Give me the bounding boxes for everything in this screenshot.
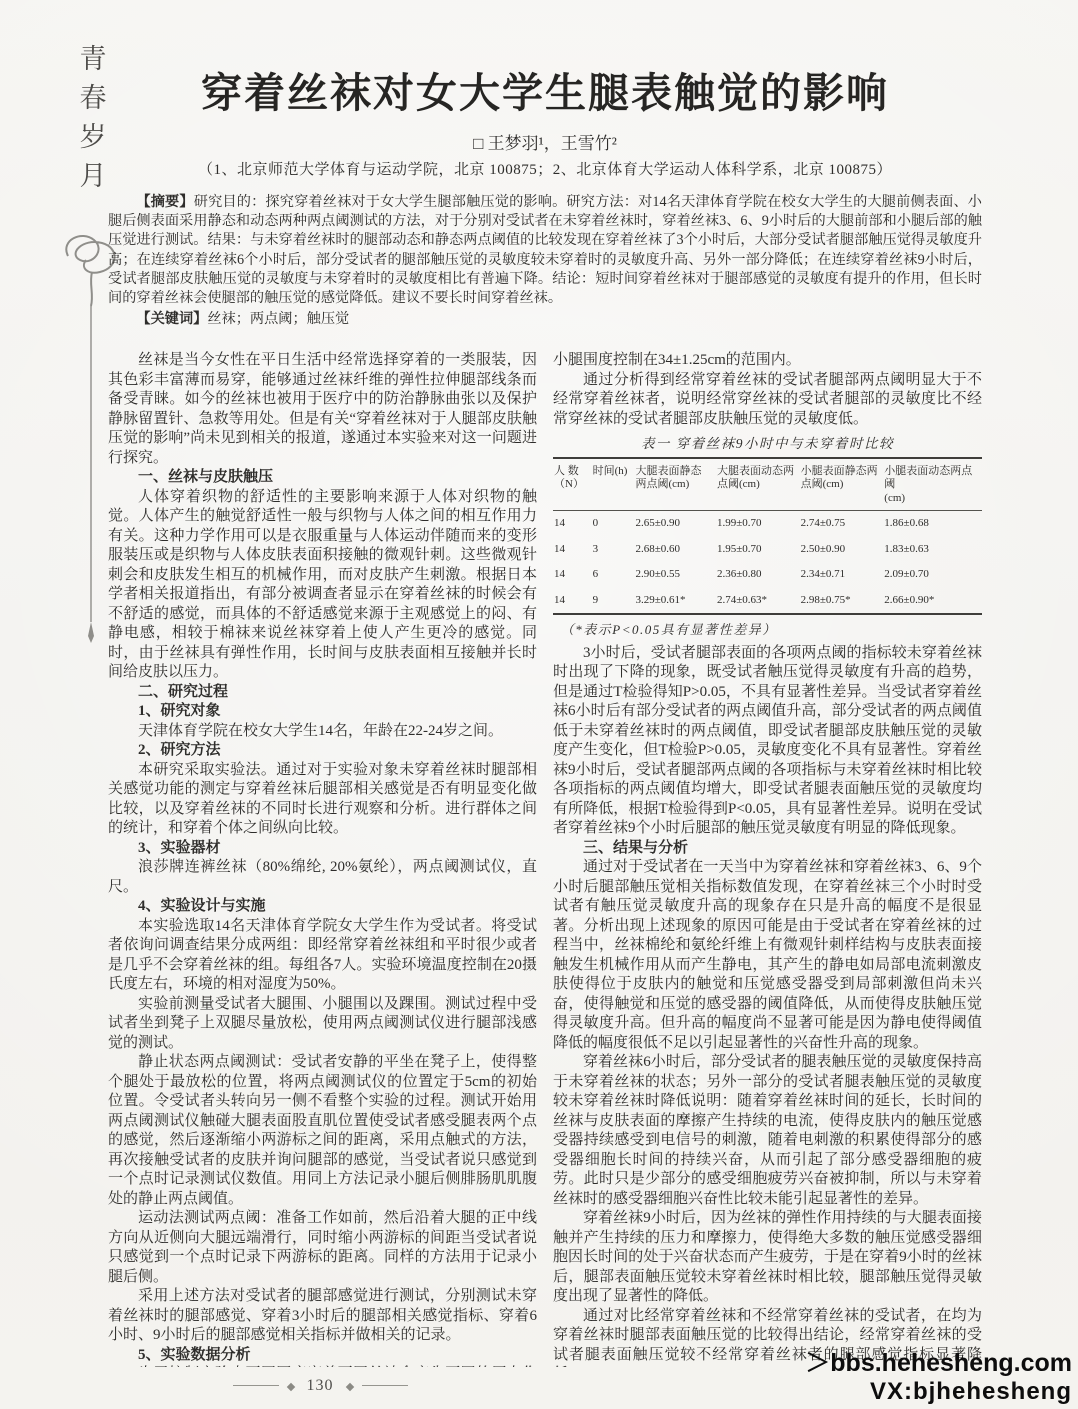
paragraph: 3小时后，受试者腿部表面的各项两点阈的指标较未穿着丝袜时出现了下降的现象，既受试… (553, 644, 982, 839)
article: 穿着丝袜对女大学生腿表触觉的影响 □ 王梦羽¹，王雪竹² （1、北京师范大学体育… (108, 44, 982, 1367)
footer-right-diamond-icon (345, 1383, 353, 1391)
paragraph: 通过分析得到经常穿着丝袜的受试者腿部两点阈明显大于不经常穿着丝袜者，说明经常穿丝… (553, 371, 982, 430)
table-cell: 6 (592, 562, 635, 588)
keywords-text: 丝袜；两点阈；触压觉 (207, 311, 349, 327)
table-cell: 2.50±0.90 (800, 537, 884, 563)
table-header-cell: 小腿表面动态两点阈(cm) (883, 458, 982, 511)
table-cell: 2.34±0.71 (800, 562, 884, 588)
keywords-line: 【关键词】丝袜；两点阈；触压觉 (108, 310, 982, 329)
table-cell: 2.65±0.90 (635, 511, 717, 537)
watermark-url: ＞bbs.hehesheng.com (805, 1348, 1072, 1378)
table-header-row: 人 数（N）时间(h)大腿表面静态两点阈(cm)大腿表面动态两点阈(cm)小腿表… (553, 458, 982, 511)
table-header-cell: 大腿表面静态两点阈(cm) (635, 458, 717, 511)
left-column: 丝袜是当今女性在平日生活中经常选择穿着的一类服装，因其色彩丰富薄而易穿，能够通过… (108, 351, 537, 1367)
table-cell: 2.74±0.75 (800, 511, 884, 537)
table-note: （*表示P<0.05具有显著性差异） (553, 620, 982, 640)
section-heading: 三、结果与分析 (553, 839, 982, 859)
page-number: 130 (307, 1377, 334, 1395)
paragraph: 穿着丝袜9小时后，因为丝袜的弹性作用持续的与大腿表面接触并产生持续的压力和摩擦力… (553, 1209, 982, 1307)
table-cell: 3.29±0.61* (635, 588, 717, 615)
table-cell: 3 (592, 537, 635, 563)
watermark-wechat: VX:bjhehesheng (805, 1378, 1072, 1407)
two-column-body: 丝袜是当今女性在平日生活中经常选择穿着的一类服装，因其色彩丰富薄而易穿，能够通过… (108, 351, 982, 1367)
paragraph: 为了控制实验中不同围度穿着不同丝袜会产生不同的压力作用，因此我们选择的受试者尽量… (108, 1365, 537, 1367)
table-cell: 0 (592, 511, 635, 537)
section-heading: 5、实验数据分析 (108, 1346, 537, 1366)
paragraph: 运动法测试两点阈：准备工作如前，然后沿着大腿的正中线方向从近侧向大腿远端滑行，同… (108, 1209, 537, 1287)
paragraph: 浪莎牌连裤丝袜（80%绵纶, 20%氨纶），两点阈测试仪，直尺。 (108, 858, 537, 897)
table-cell: 2.09±0.70 (883, 562, 982, 588)
authors-line: □ 王梦羽¹，王雪竹² (108, 129, 982, 154)
section-heading: 3、实验器材 (108, 839, 537, 859)
paragraph: 穿着丝袜6小时后，部分受试者的腿表触压觉的灵敏度保持高于未穿着丝袜的状态；另外一… (553, 1053, 982, 1209)
table-row: 1493.29±0.61*2.74±0.63*2.98±0.75*2.66±0.… (553, 588, 982, 615)
journal-title-vertical: 青春岁月 (72, 44, 111, 200)
paragraph: 采用上述方法对受试者的腿部感觉进行测试，分别测试未穿着丝袜时的腿部感觉、穿着3小… (108, 1287, 537, 1346)
table-header-cell: 小腿表面静态两点阈(cm) (800, 458, 884, 511)
keywords-label: 【关键词】 (136, 311, 207, 327)
footer-left-rule (233, 1385, 279, 1387)
table-cell: 1.99±0.70 (716, 511, 800, 537)
table-cell: 14 (553, 588, 592, 615)
table-header-cell: 时间(h) (592, 458, 635, 511)
watermark: ＞bbs.hehesheng.com VX:bjhehesheng (805, 1348, 1072, 1407)
table-cell: 1.83±0.63 (883, 537, 982, 563)
table-cell: 2.66±0.90* (883, 588, 982, 615)
table-cell: 2.74±0.63* (716, 588, 800, 615)
table-row: 1402.65±0.901.99±0.702.74±0.751.86±0.68 (553, 511, 982, 537)
paragraph: 本研究采取实验法。通过对于实验对象未穿着丝袜时腿部相关感觉功能的测定与穿着丝袜后… (108, 761, 537, 839)
table-cell: 14 (553, 537, 592, 563)
right-column: 小腿围度控制在34±1.25cm的范围内。通过分析得到经常穿着丝袜的受试者腿部两… (553, 351, 982, 1367)
table-title: 表一 穿着丝袜9小时中与未穿着时比较 (553, 434, 982, 454)
paragraph: 本实验选取14名天津体育学院女大学生作为受试者。将受试者依询问调查结果分成两组：… (108, 917, 537, 995)
table-row: 1432.68±0.601.95±0.702.50±0.901.83±0.63 (553, 537, 982, 563)
scanned-page: 青春岁月 穿着丝袜对女大学生腿表触觉的影响 □ 王梦羽¹，王雪竹² （1、北京师… (0, 0, 1078, 1409)
footer-left-diamond-icon (286, 1383, 294, 1391)
paragraph: 人体穿着织物的舒适性的主要影响来源于人体对织物的触觉。人体产生的触觉舒适性一般与… (108, 488, 537, 683)
abstract-paragraph: 【摘要】研究目的：探究穿着丝袜对于女大学生腿部触压觉的影响。研究方法：对14名天… (108, 193, 982, 308)
table-cell: 2.68±0.60 (635, 537, 717, 563)
table-cell: 14 (553, 511, 592, 537)
abstract-label: 【摘要】 (136, 194, 193, 210)
affiliation-line: （1、北京师范大学体育与运动学院，北京 100875；2、北京体育大学运动人体科… (108, 158, 982, 179)
section-heading: 2、研究方法 (108, 741, 537, 761)
section-heading: 一、丝袜与皮肤触压 (108, 468, 537, 488)
table-header-cell: 大腿表面动态两点阈(cm) (716, 458, 800, 511)
section-heading: 4、实验设计与实施 (108, 897, 537, 917)
paragraph: 实验前测量受试者大腿围、小腿围以及踝围。测试过程中受试者坐到凳子上双腿尽量放松，… (108, 995, 537, 1054)
results-table: 人 数（N）时间(h)大腿表面静态两点阈(cm)大腿表面动态两点阈(cm)小腿表… (553, 457, 982, 616)
section-heading: 二、研究过程 (108, 683, 537, 703)
footer-right-rule (362, 1385, 408, 1387)
paragraph: 静止状态两点阈测试：受试者安静的平坐在凳子上，使得整个腿处于最放松的位置，将两点… (108, 1053, 537, 1209)
abstract-text: 研究目的：探究穿着丝袜对于女大学生腿部触压觉的影响。研究方法：对14名天津体育学… (108, 194, 982, 306)
table-cell: 2.36±0.80 (716, 562, 800, 588)
table-cell: 2.98±0.75* (800, 588, 884, 615)
paragraph: 小腿围度控制在34±1.25cm的范围内。 (553, 351, 982, 371)
table-cell: 14 (553, 562, 592, 588)
table-cell: 9 (592, 588, 635, 615)
paragraph: 通过对于受试者在一天当中为穿着丝袜和穿着丝袜3、6、9个小时后腿部触压觉相关指标… (553, 858, 982, 1053)
paper-title: 穿着丝袜对女大学生腿表触觉的影响 (108, 60, 982, 119)
section-heading: 1、研究对象 (108, 702, 537, 722)
table-header-cell: 人 数（N） (553, 458, 592, 511)
paragraph: 天津体育学院在校女大学生14名，年龄在22-24岁之间。 (108, 722, 537, 742)
table-cell: 2.90±0.55 (635, 562, 717, 588)
page-footer: 130 (0, 1377, 640, 1395)
table-cell: 1.95±0.70 (716, 537, 800, 563)
table-cell: 1.86±0.68 (883, 511, 982, 537)
paragraph: 丝袜是当今女性在平日生活中经常选择穿着的一类服装，因其色彩丰富薄而易穿，能够通过… (108, 351, 537, 468)
table-row: 1462.90±0.552.36±0.802.34±0.712.09±0.70 (553, 562, 982, 588)
